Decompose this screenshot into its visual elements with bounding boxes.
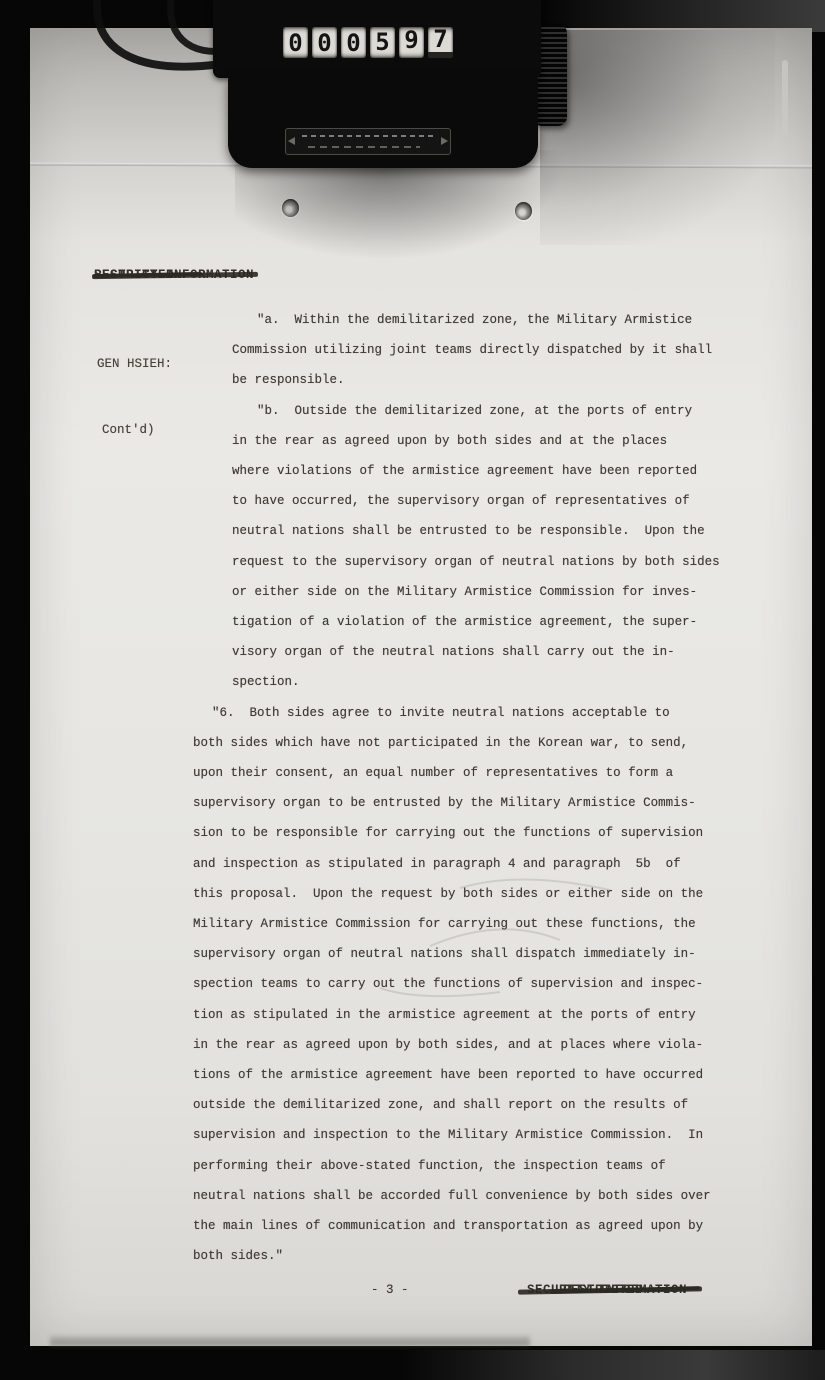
counter-digit-wheel: 5 [370,27,395,58]
text-line: "b. Outside the demilitarized zone, at t… [193,396,753,426]
page-bottom-edge-shadow [50,1336,530,1346]
text-line: upon their consent, an equal number of r… [193,758,753,788]
page-number: - 3 - [371,1283,409,1297]
counter-digit-wheel: 0 [341,27,366,58]
counter-digit-display: 000597 [283,27,453,58]
text-line: in the rear as agreed upon by both sides… [193,1030,753,1060]
text-line: supervisory organ to be entrusted by the… [193,788,753,818]
speaker-continued: Cont'd) [97,419,172,441]
text-line: supervision and inspection to the Milita… [193,1120,753,1150]
text-line: the main lines of communication and tran… [193,1211,753,1241]
text-line: "6. Both sides agree to invite neutral n… [193,698,753,728]
text-line: outside the demilitarized zone, and shal… [193,1090,753,1120]
text-line: performing their above-stated function, … [193,1151,753,1181]
text-line: neutral nations shall be entrusted to be… [193,516,753,546]
counter-shadow [540,30,775,245]
text-line: where violations of the armistice agreem… [193,456,753,486]
text-line: "a. Within the demilitarized zone, the M… [193,305,753,335]
text-line: in the rear as agreed upon by both sides… [193,426,753,456]
text-line: both sides which have not participated i… [193,728,753,758]
document-body-text: "a. Within the demilitarized zone, the M… [193,305,753,1272]
counter-digit-wheel: 0 [312,27,337,58]
text-line: sion to be responsible for carrying out … [193,818,753,848]
microfilm-photo-frame: RESTRICTED SECURITY INFORMATION GEN HSIE… [0,0,825,1380]
text-line: visory organ of the neutral nations shal… [193,637,753,667]
text-line: both sides." [193,1241,753,1271]
counter-digit-wheel: 0 [283,27,308,58]
text-line: or either side on the Military Armistice… [193,577,753,607]
text-line: tions of the armistice agreement have be… [193,1060,753,1090]
plate-arrow-right-icon [441,137,448,145]
text-line: to have occurred, the supervisory organ … [193,486,753,516]
frame-counter-body [228,76,538,168]
counter-label-plate [285,128,451,155]
film-edge-artifact [782,60,788,142]
text-line: request to the supervisory organ of neut… [193,547,753,577]
text-line: Commission utilizing joint teams directl… [193,335,753,365]
pencil-scribble-marks [180,868,700,1008]
speaker-label: GEN HSIEH: Cont'd) [97,309,172,485]
plate-arrow-left-icon [288,137,295,145]
speaker-name: GEN HSIEH: [97,353,172,375]
film-border-bottom [400,1350,825,1380]
text-line: spection. [193,667,753,697]
text-line: be responsible. [193,365,753,395]
counter-digit-wheel: 7 [428,27,453,58]
text-line: tigation of a violation of the armistice… [193,607,753,637]
frame-counter-housing: 000597 [213,0,541,78]
counter-digit-wheel: 9 [399,27,424,58]
text-line: neutral nations shall be accorded full c… [193,1181,753,1211]
